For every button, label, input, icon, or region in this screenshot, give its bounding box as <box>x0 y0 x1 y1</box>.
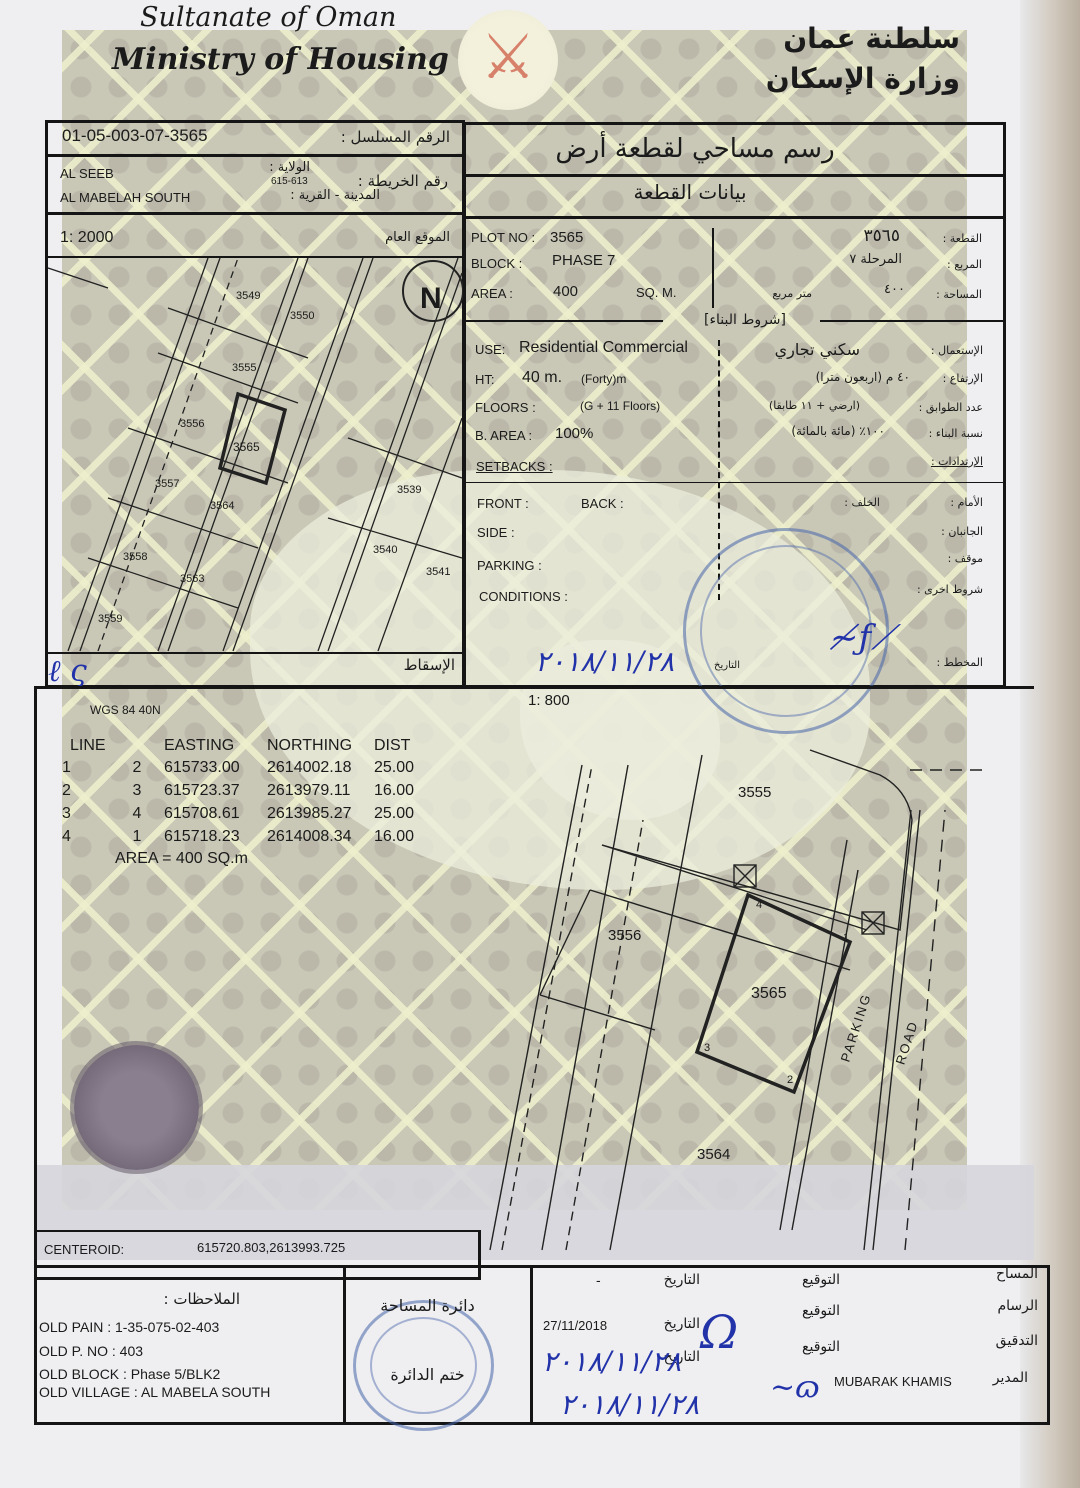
dept-stamp-label: ختم الدائرة <box>370 1365 485 1384</box>
height-words: (Forty)m <box>581 372 626 386</box>
coord-from: 3 <box>58 802 114 825</box>
coord-dist: 16.00 <box>368 825 415 848</box>
old-block: OLD BLOCK : Phase 5/BLK2 <box>39 1366 220 1382</box>
handwritten-date: ٢٠١٨/١١/٢٨ <box>560 1388 699 1421</box>
building-area-label-ar: نسبة البناء : <box>900 427 983 440</box>
block-label: BLOCK : <box>471 256 522 271</box>
parking-label-ar: موقف : <box>920 552 983 565</box>
coord-dist: 25.00 <box>368 756 415 779</box>
area-unit: SQ. M. <box>636 285 676 300</box>
coord-from: 2 <box>58 779 114 802</box>
director-label: المدير <box>950 1370 1028 1386</box>
table-row: 41615718.232614008.3416.00 <box>58 825 415 848</box>
coord-northing: 2614002.18 <box>265 756 368 779</box>
key-plan-map <box>48 258 462 651</box>
plot-label: 3541 <box>426 566 450 578</box>
coord-easting: 615723.37 <box>160 779 265 802</box>
remarks-label: الملاحظات : <box>130 1290 240 1308</box>
drafter-signature-label: التوقيع <box>750 1303 840 1319</box>
village-value: AL MABELAH SOUTH <box>60 190 190 205</box>
height-label-ar: الإرتفاع : <box>905 372 983 385</box>
map-number: 615-613 <box>271 176 308 187</box>
title-ar-sultanate: سلطنة عمان <box>660 22 960 55</box>
plot-label: 3564 <box>210 500 234 512</box>
surveyor-signature-label: التوقيع <box>750 1272 840 1288</box>
coord-easting: 615733.00 <box>160 756 265 779</box>
conditions-label-ar: شروط اخرى : <box>900 583 983 596</box>
village-label: المدينة - القرية : <box>240 188 380 203</box>
coord-dist: 16.00 <box>368 779 415 802</box>
height-value: 40 m. <box>522 369 562 387</box>
national-emblem: ⚔ <box>458 10 558 110</box>
serial-label: الرقم المسلسل : <box>310 128 450 146</box>
coord-northing: 2614008.34 <box>265 825 368 848</box>
use-value-ar: سكني تجاري <box>740 340 860 359</box>
plot-label-subject: 3565 <box>751 985 787 1003</box>
director-signature: ~ɷ <box>770 1370 820 1405</box>
floors-label-ar: عدد الطوابق : <box>900 401 983 414</box>
setbacks-label: SETBACKS : <box>476 459 553 474</box>
plot-label-subject: 3565 <box>233 440 260 454</box>
table-row: 12615733.002614002.1825.00 <box>58 756 415 779</box>
plot-label: 3556 <box>180 418 204 430</box>
coord-to: 3 <box>114 779 160 802</box>
coord-to: 4 <box>114 802 160 825</box>
floors-label: FLOORS : <box>475 400 536 415</box>
plot-no-label-ar: القطعة : <box>920 232 982 245</box>
khanjar-icon: ⚔ <box>458 20 558 93</box>
plot-label: 3557 <box>155 478 179 490</box>
conditions-label: CONDITIONS : <box>479 589 568 604</box>
plot-label: 3563 <box>180 573 204 585</box>
corner-label: 4 <box>756 899 762 911</box>
setbacks-label-ar: الإرتدادات : <box>905 455 983 468</box>
building-area-value-ar: ١٠٠٪ (مائة بالمائة) <box>760 424 885 438</box>
location-scale: 1: 2000 <box>60 229 113 247</box>
plot-label: 3555 <box>738 784 771 801</box>
plot-no-value-ar: ٣٥٦٥ <box>800 226 900 246</box>
block-value: PHASE 7 <box>552 252 615 269</box>
serial-number: 01-05-003-07-3565 <box>62 126 208 146</box>
drafter-label: الرسام <box>950 1298 1038 1314</box>
area-value: 400 <box>553 283 578 300</box>
plot-label: 3550 <box>290 310 314 322</box>
drafter-date-label: التاريخ <box>620 1316 700 1332</box>
use-value: Residential Commercial <box>519 339 688 357</box>
corner-label: 3 <box>704 1042 710 1054</box>
plot-label: 3540 <box>373 544 397 556</box>
surveyor-date-label: التاريخ <box>620 1272 700 1288</box>
plot-label: 3556 <box>608 927 641 944</box>
wilayat-label: الولاية : <box>230 160 310 175</box>
area-label: AREA : <box>471 286 513 301</box>
location-label: الموقع العام <box>330 230 450 245</box>
planner-label-ar: المخطط : <box>920 656 983 669</box>
plot-no-label: PLOT NO : <box>471 230 535 245</box>
table-row: 34615708.612613985.2725.00 <box>58 802 415 825</box>
parcel-area: AREA = 400 SQ.m <box>115 850 248 868</box>
handwritten-date: ٢٠١٨/١١/٢٨ <box>542 1345 681 1378</box>
side-label: SIDE : <box>477 525 515 540</box>
building-conditions-header: [شروط البناء] <box>670 312 820 328</box>
table-row: 23615723.372613979.1116.00 <box>58 779 415 802</box>
checker-signature: Ω <box>700 1305 738 1359</box>
floors-value-ar: (ارضي + ١١ طابقا) <box>740 399 860 412</box>
hologram-seal <box>74 1045 199 1170</box>
plot-label: 3555 <box>232 362 256 374</box>
coord-easting: 615718.23 <box>160 825 265 848</box>
coord-to: 2 <box>114 756 160 779</box>
plot-label: 3559 <box>98 613 122 625</box>
use-label-ar: الإستعمال : <box>905 344 983 357</box>
plot-data-heading: بيانات القطعة <box>560 180 820 204</box>
title-ministry: Ministry of Housing <box>112 42 449 77</box>
old-plot-no: OLD P. NO : 403 <box>39 1343 143 1359</box>
use-label: USE: <box>475 342 505 357</box>
director-name: MUBARAK KHAMIS <box>834 1374 952 1389</box>
title-ar-ministry: وزارة الإسكان <box>660 62 960 95</box>
area-label-ar: المساحة : <box>920 288 982 301</box>
plot-no-value: 3565 <box>550 229 583 246</box>
corner-label: 1 <box>843 932 849 944</box>
projection-label: الإسقاط <box>340 656 455 674</box>
area-unit-ar: متر مربع <box>740 287 812 300</box>
plot-label: 3564 <box>697 1146 730 1163</box>
building-area-label: B. AREA : <box>475 428 532 443</box>
height-value-ar: ٤٠ م (اربعون مترا) <box>760 370 910 384</box>
document-title: رسم مساحي لقطعة أرض <box>500 134 890 164</box>
north-arrow-letter: N <box>420 282 442 316</box>
old-pain: OLD PAIN : 1-35-075-02-403 <box>39 1319 219 1335</box>
front-label: FRONT : <box>477 496 529 511</box>
old-village: OLD VILLAGE : AL MABELA SOUTH <box>39 1384 270 1400</box>
surveyor-date: - <box>596 1272 601 1288</box>
coordinates-table: LINE EASTING NORTHING DIST 12615733.0026… <box>58 736 415 848</box>
coord-northing: 2613979.11 <box>265 779 368 802</box>
checker-label: التدقيق <box>950 1333 1038 1349</box>
coord-from: 1 <box>58 756 114 779</box>
planner-signature: ≁ƒ⟋ <box>830 618 895 658</box>
back-label: BACK : <box>581 496 624 511</box>
survey-dept-label: دائرة المساحة <box>370 1296 485 1315</box>
floors-value: (G + 11 Floors) <box>580 399 660 413</box>
plot-label: 3558 <box>123 551 147 563</box>
coord-from: 4 <box>58 825 114 848</box>
building-area-value: 100% <box>555 425 593 442</box>
plot-label: 3539 <box>397 484 421 496</box>
checker-signature-label: التوقيع <box>750 1339 840 1355</box>
front-label-ar: الأمام : <box>920 496 983 509</box>
side-label-ar: الجانبان : <box>920 525 983 538</box>
projection-value: WGS 84 40N <box>90 703 161 717</box>
table-header-row: LINE EASTING NORTHING DIST <box>58 736 415 756</box>
initials-signature: ℓ ς <box>48 654 87 689</box>
area-value-ar: ٤٠٠ <box>860 282 905 297</box>
detail-scale: 1: 800 <box>528 692 570 709</box>
centeroid-value: 615720.803,2613993.725 <box>197 1240 345 1255</box>
drafter-date: 27/11/2018 <box>543 1318 607 1333</box>
back-label-ar: الخلف : <box>820 496 880 509</box>
parking-label: PARKING : <box>477 558 542 573</box>
coord-dist: 25.00 <box>368 802 415 825</box>
title-sultanate: Sultanate of Oman <box>140 2 396 33</box>
coord-northing: 2613985.27 <box>265 802 368 825</box>
block-value-ar: المرحلة ٧ <box>790 252 902 267</box>
height-label: HT: <box>475 372 495 387</box>
plot-label: 3549 <box>236 290 260 302</box>
centeroid-label: CENTEROID: <box>44 1242 124 1257</box>
surveyor-label: المساح <box>950 1266 1038 1282</box>
corner-label: 2 <box>787 1074 793 1086</box>
wilayat-value: AL SEEB <box>60 166 114 181</box>
coord-easting: 615708.61 <box>160 802 265 825</box>
coord-to: 1 <box>114 825 160 848</box>
block-label-ar: المربع : <box>920 258 982 271</box>
handwritten-date: ٢٠١٨/١١/٢٨ <box>535 645 674 678</box>
